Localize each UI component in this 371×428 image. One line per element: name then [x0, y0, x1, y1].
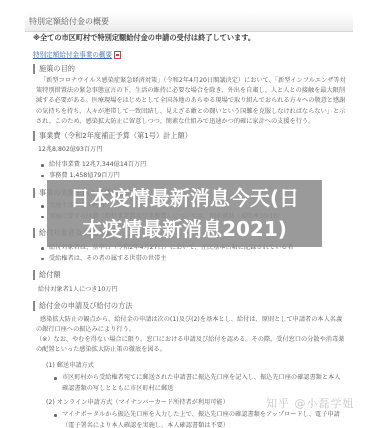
mail-list: 市区町村から受給権者宛てに郵送された申請書に振込先口座を記入し、振込先口座の確認… [53, 373, 343, 394]
list-item: 受給権者は、その者の属する世帯の世帯主 [40, 254, 294, 265]
pdf-link-label[interactable]: 特別定額給付金事業の概要 [33, 51, 112, 59]
method-para2: （※）なお、やむを得ない場合に限り、窓口における申請及び給付を認める。その際、受… [36, 335, 346, 355]
notice-text: ※全ての市区町村で特別定額給付金の申請の受付は終了しています。 [33, 32, 255, 44]
title-overlay: 日本疫情最新消息今天(日 本疫情最新消息2021) [47, 180, 322, 247]
overlay-line-2: 本疫情最新消息2021) [47, 214, 322, 245]
amount-text: 給付対象者1人につき10万円 [38, 285, 118, 295]
list-item: マイナポータルから振込先口座を入力した上で、振込先口座の確認書類をアップロードし… [53, 410, 343, 428]
watermark: 知乎 @小磊学姐 [266, 395, 355, 411]
overlay-line-1: 日本疫情最新消息今天(日 [47, 183, 322, 214]
online-heading: (2) オンライン申請方式（マイナンバーカード所持者が利用可能） [46, 398, 229, 408]
heading-budget: 事業費（令和2年度補正予算（第1号）計上額） [33, 131, 192, 141]
pdf-link[interactable]: 特別定額給付金事業の概要 [33, 50, 121, 60]
list-item: 給付事業費 12兆7,344億14百万円 [40, 160, 146, 171]
heading-method: 給付金の申請及び給付の方法 [33, 301, 132, 311]
online-list: マイナポータルから振込先口座を入力した上で、振込先口座の確認書類をアップロードし… [53, 410, 343, 428]
pdf-icon [114, 51, 121, 59]
method-para1: 感染拡大防止の観点から、給付金の申請は次の(1)及び(2)を基本とし、給付は、原… [36, 315, 346, 335]
header-title: 特別定額給付金の概要 [29, 17, 109, 26]
section-header: 特別定額給付金の概要 [25, 11, 353, 32]
heading-amount: 給付額 [33, 270, 61, 280]
purpose-text: 「新型コロナウイルス感染症緊急経済対策」（令和2年4月20日閣議決定）において、… [36, 76, 346, 127]
heading-purpose: 施策の目的 [33, 64, 75, 74]
budget-total: 12兆8,802億93百万円 [38, 145, 102, 155]
budget-list: 給付事業費 12兆7,344億14百万円 事務費 1,458億79百万円 [40, 160, 146, 181]
mail-heading: (1) 郵送申請方式 [46, 361, 94, 371]
document-page: 特別定額給付金の概要 ※全ての市区町村で特別定額給付金の申請の受付は終了していま… [0, 0, 371, 428]
list-item: 市区町村から受給権者宛てに郵送された申請書に振込先口座を記入し、振込先口座の確認… [53, 373, 343, 394]
